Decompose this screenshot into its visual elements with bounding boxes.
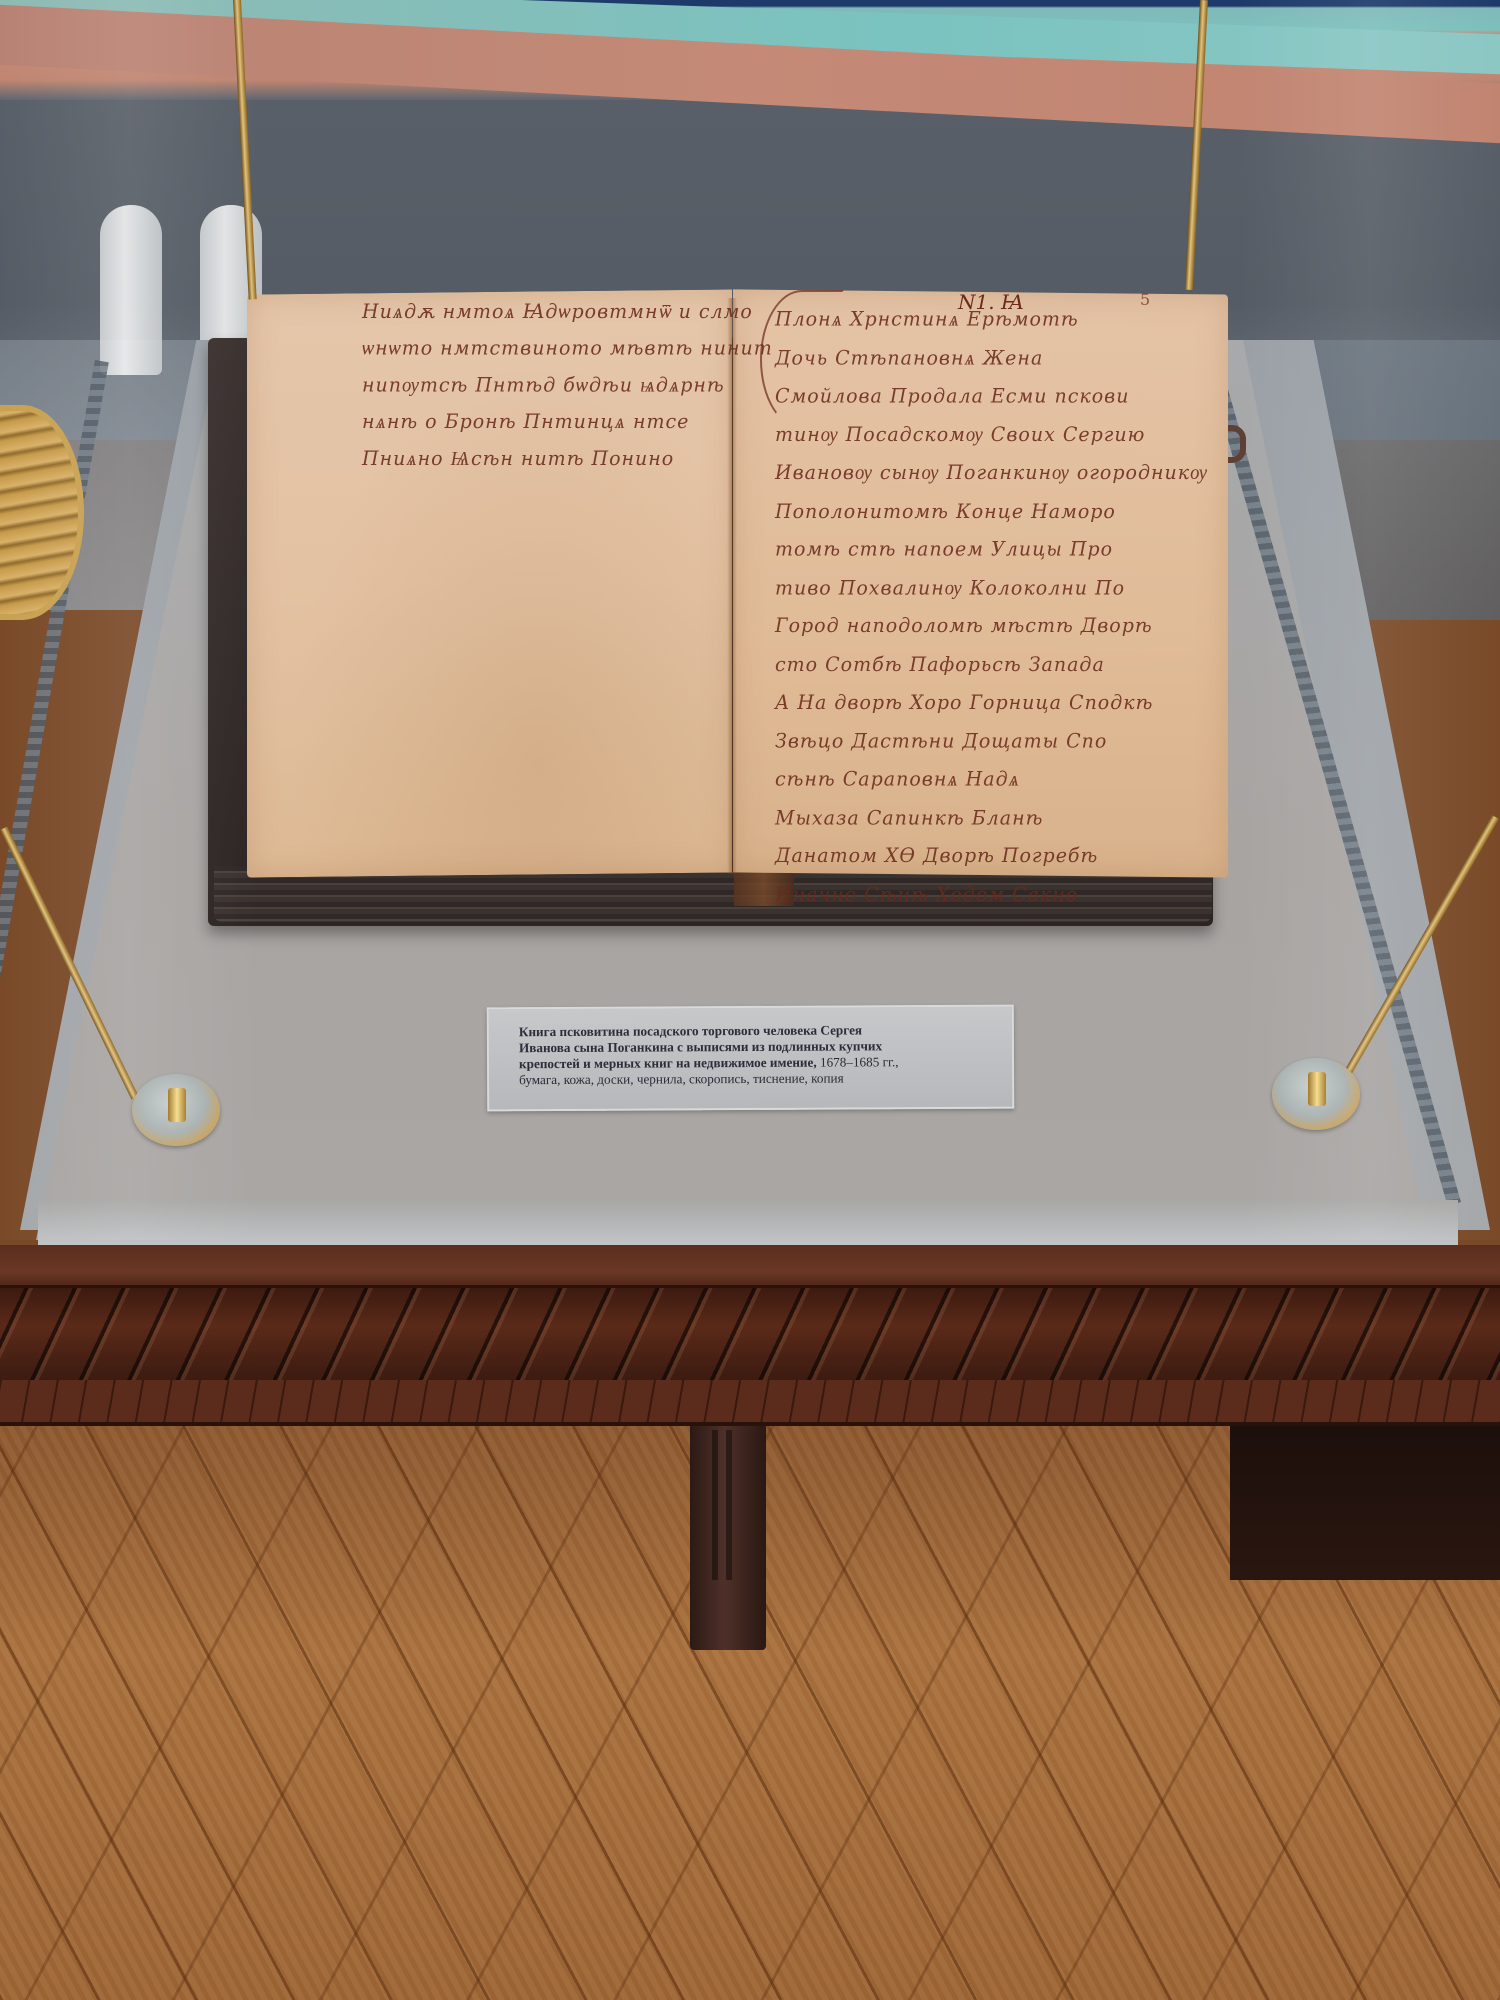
label-title-line2: Иванова сына Поганкина с выписями из под… xyxy=(519,1038,882,1055)
label-title-line3: крепостей и мерных книг на недвижимое им… xyxy=(519,1055,817,1072)
glass-reflection-left xyxy=(0,0,260,1240)
label-materials: бумага, кожа, доски, чернила, скоропись,… xyxy=(519,1070,992,1088)
dark-cabinet xyxy=(1230,1420,1500,1580)
label-dates: 1678–1685 гг., xyxy=(820,1054,899,1069)
carved-bead-molding xyxy=(0,1380,1500,1426)
carved-leaf-molding xyxy=(0,1285,1500,1383)
table-top xyxy=(0,1245,1500,1290)
museum-label: Книга псковитина посадского торгового че… xyxy=(487,1005,1015,1112)
label-title-line1: Книга псковитина посадского торгового че… xyxy=(519,1022,862,1039)
glass-reflection-right xyxy=(1240,0,1500,1240)
handwritten-text-left: Ниѧдѫ нмтоѧ Ꙗдѡровтмнѿ и слмоѡнѡто нмтст… xyxy=(362,294,773,478)
handwritten-text-right: Плонѧ Хрнстинѧ ЕрѣмотѣДочь Стѣпановнѧ Же… xyxy=(775,300,1208,913)
table-leg xyxy=(690,1420,766,1650)
